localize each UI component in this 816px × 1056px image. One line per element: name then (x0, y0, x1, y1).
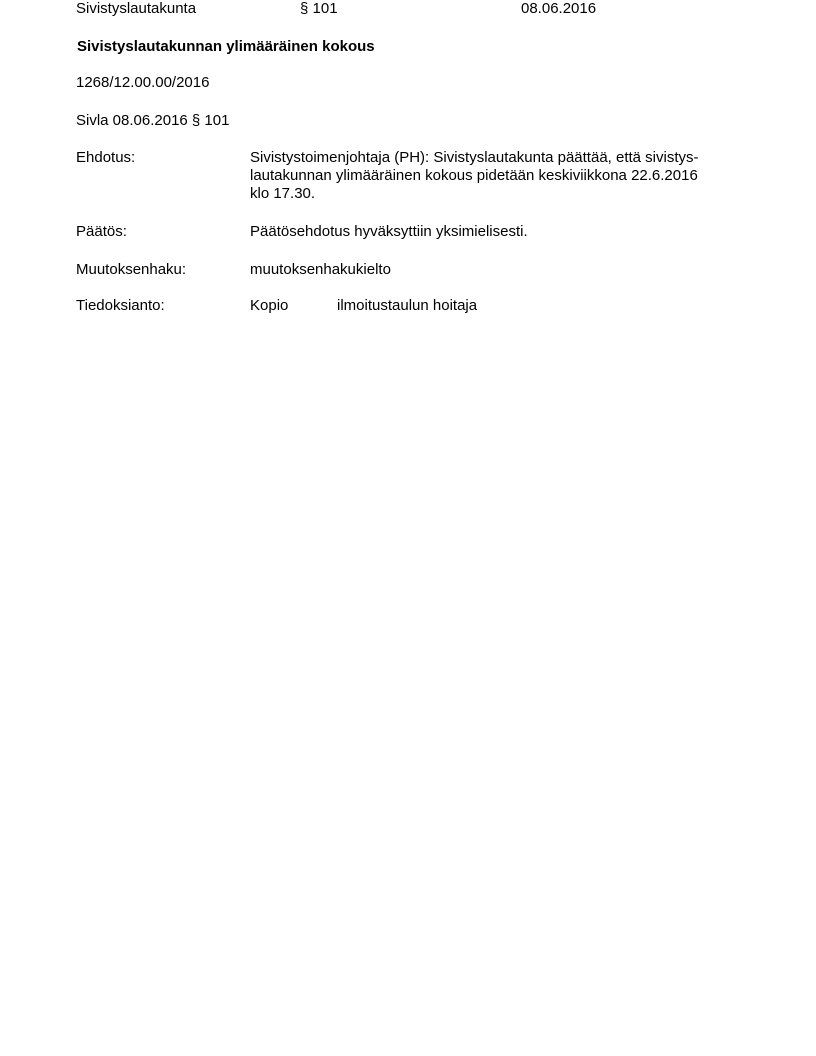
notification-type: Kopio (250, 297, 288, 315)
proposal-text-line-3: klo 17.30. (250, 185, 315, 203)
decision-text: Päätösehdotus hyväksyttiin yksimielisest… (250, 223, 528, 241)
document-title: Sivistyslautakunnan ylimääräinen kokous (77, 38, 375, 56)
proposal-label: Ehdotus: (76, 149, 135, 167)
proposal-text-line-1: Sivistystoimenjohtaja (PH): Sivistyslaut… (250, 149, 699, 167)
appeal-label: Muutoksenhaku: (76, 261, 186, 279)
header-board: Sivistyslautakunta (76, 0, 196, 18)
proposal-text-line-2: lautakunnan ylimääräinen kokous pidetään… (250, 167, 698, 185)
header-section: § 101 (300, 0, 338, 18)
record-number: 1268/12.00.00/2016 (76, 74, 209, 92)
reference: Sivla 08.06.2016 § 101 (76, 112, 229, 130)
notification-recipient: ilmoitustaulun hoitaja (337, 297, 477, 315)
appeal-text: muutoksenhakukielto (250, 261, 391, 279)
decision-label: Päätös: (76, 223, 127, 241)
header-date: 08.06.2016 (521, 0, 596, 18)
notification-label: Tiedoksianto: (76, 297, 165, 315)
